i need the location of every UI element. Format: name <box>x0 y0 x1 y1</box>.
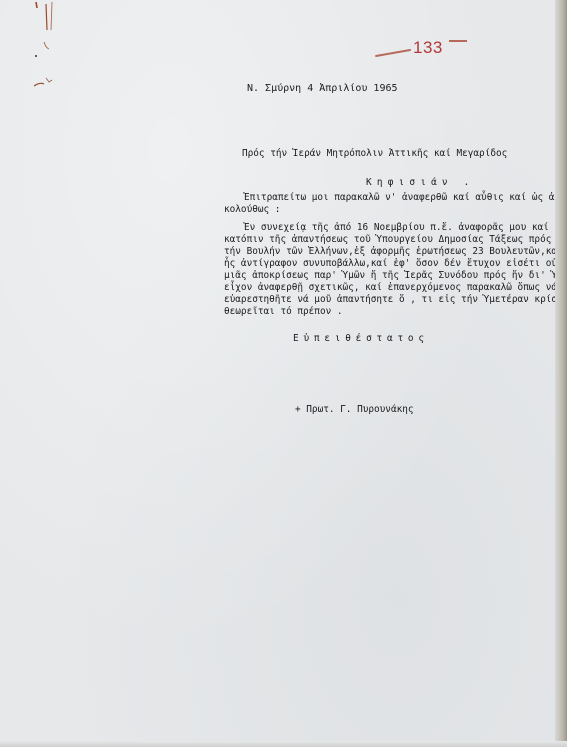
paper-edge-right <box>555 0 567 747</box>
body-line: εὐαρεστηθῆτε νά μοῦ ἀπαντήσητε ὅ , τι εἰ… <box>224 294 567 306</box>
closing-salutation: Εὐπειθέστατος <box>293 333 429 345</box>
body-line: κολούθως : <box>224 204 280 216</box>
paper-edge-bottom <box>0 741 567 747</box>
body-line: Ἐπιτραπείτω μοι παρακαλῶ ν' ἀναφερθῶ καί… <box>244 192 560 204</box>
addressee: Πρός τήν Ἱεράν Μητρόπολιν Ἀττικῆς καί Με… <box>242 148 507 160</box>
body-line: τήν Βουλήν τῶν Ἑλλήνων,ἐξ ἀφορμῆς ἐρωτήσ… <box>224 246 563 258</box>
body-line: κατόπιν τῆς ἀπαντήσεως τοῦ Ὑπουργείου Δη… <box>224 234 551 246</box>
staple-rust-marks-icon <box>34 0 74 95</box>
page-number-text: 133 <box>413 38 443 57</box>
body-line: εἶχον ἀναφερθῇ σχετικῶς, καί ἐπανερχόμεν… <box>224 282 557 294</box>
body-line: θεωρεῖται τό πρέπον . <box>224 306 343 318</box>
handwritten-page-number: 133 <box>413 38 443 58</box>
pencil-dash-left <box>375 49 411 57</box>
body-line: μιᾶς ἀποκρίσεως παρ' Ὑμῶν ἤ τῆς Ἱερᾶς Συ… <box>224 270 567 282</box>
letter-page: 133 Ν. Σμύρνη 4 Ἀπριλίου 1965 Πρός τήν Ἱ… <box>0 0 567 747</box>
signature-line: + Πρωτ. Γ. Πυρουνάκης <box>295 404 414 416</box>
date-line: Ν. Σμύρνη 4 Ἀπριλίου 1965 <box>247 83 398 95</box>
pencil-dash-right <box>449 40 467 42</box>
body-line: Ἐν συνεχείᾳ τῆς ἀπό 16 Νοεμβρίου π.ἔ. ἀν… <box>244 222 549 234</box>
body-line: ἧς ἀντίγραφον συνυποβάλλω,καί ἐφ' ὅσον δ… <box>224 258 567 270</box>
addressee-city: Κηφισιάν . <box>366 177 474 189</box>
